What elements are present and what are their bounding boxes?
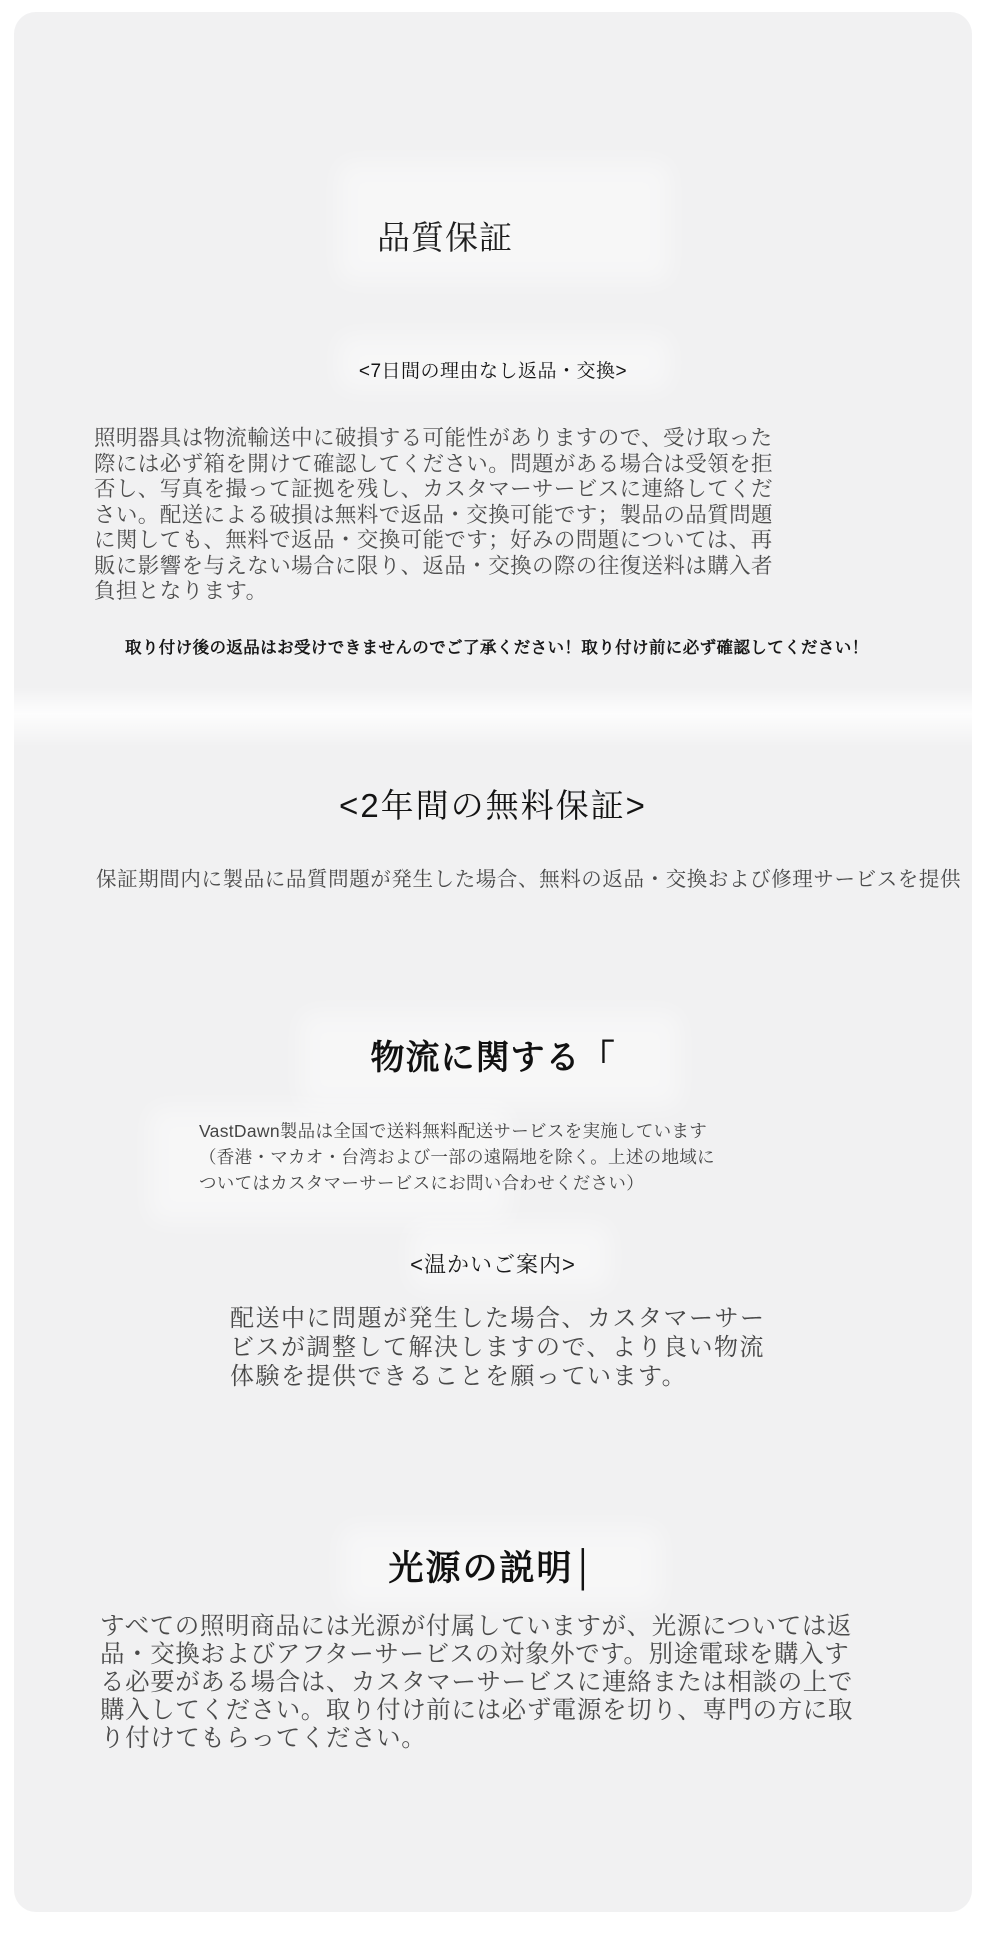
seven-day-return-subtitle: <7日間の理由なし返品・交換> (14, 356, 972, 383)
warm-guide-subtitle: <温かいご案内> (14, 1248, 972, 1279)
warm-guide-paragraph: 配送中に問題が発生した場合、カスタマーサー ビスが調整して解決しますので、より良… (230, 1304, 850, 1391)
background-seam-band (14, 687, 972, 747)
content-card: 品質保証 <7日間の理由なし返品・交換> 照明器具は物流輸送中に破損する可能性が… (14, 12, 972, 1912)
install-return-notice: 取り付け後の返品はお受けできませんのでご了承ください！取り付け前に必ず確認してく… (125, 634, 869, 658)
light-source-title: 光源の説明│ (14, 1541, 972, 1591)
two-year-warranty-title: <2年間の無料保証> (14, 780, 972, 827)
page-background: 品質保証 <7日間の理由なし返品・交換> 照明器具は物流輸送中に破損する可能性が… (0, 0, 1000, 1942)
logistics-section-title: 物流に関する「 (14, 1030, 972, 1079)
light-source-paragraph: すべての照明商品には光源が付属していますが、光源については返 品・交換およびアフ… (100, 1613, 910, 1753)
quality-guarantee-title: 品質保証 (14, 212, 924, 259)
free-shipping-paragraph: VastDawn製品は全国で送料無料配送サービスを実施しています （香港・マカオ… (199, 1118, 799, 1196)
quality-policy-paragraph: 照明器具は物流輸送中に破損する可能性がありますので、受け取った 際には必ず箱を開… (94, 426, 824, 605)
warranty-coverage-line: 保証期間内に製品に品質問題が発生した場合、無料の返品・交換および修理サービスを提… (96, 862, 961, 892)
